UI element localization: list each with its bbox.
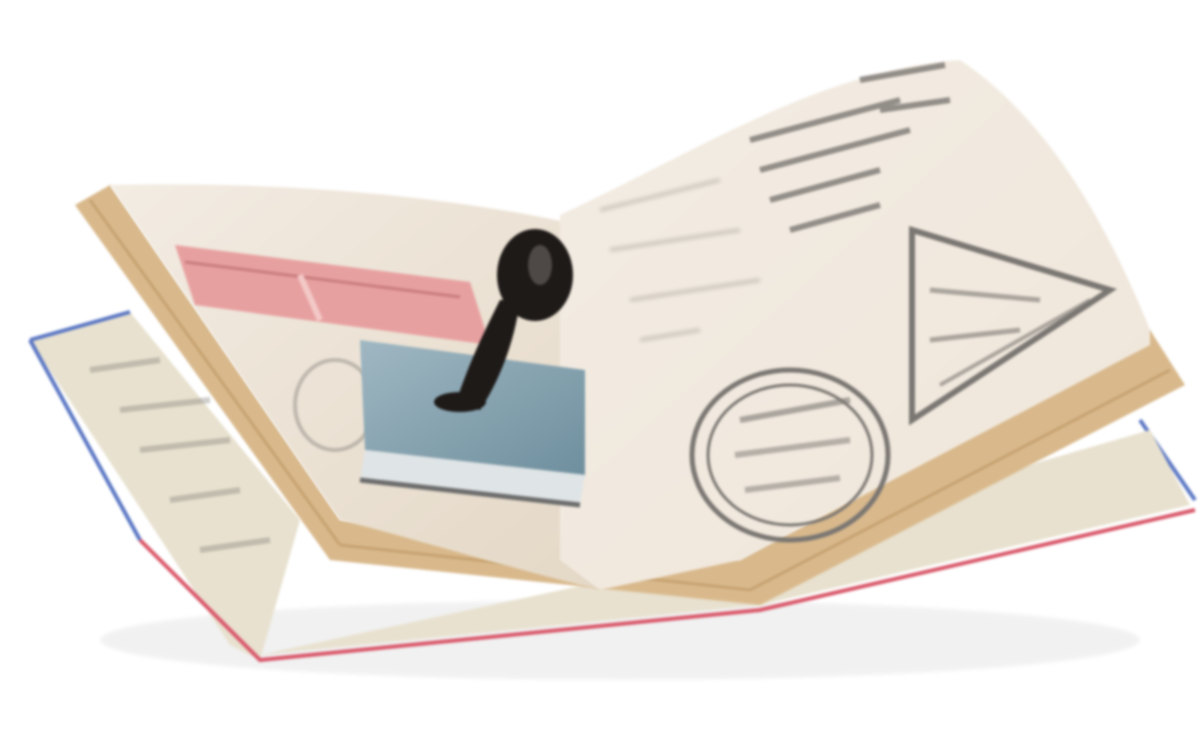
passport-photo <box>0 0 1200 750</box>
